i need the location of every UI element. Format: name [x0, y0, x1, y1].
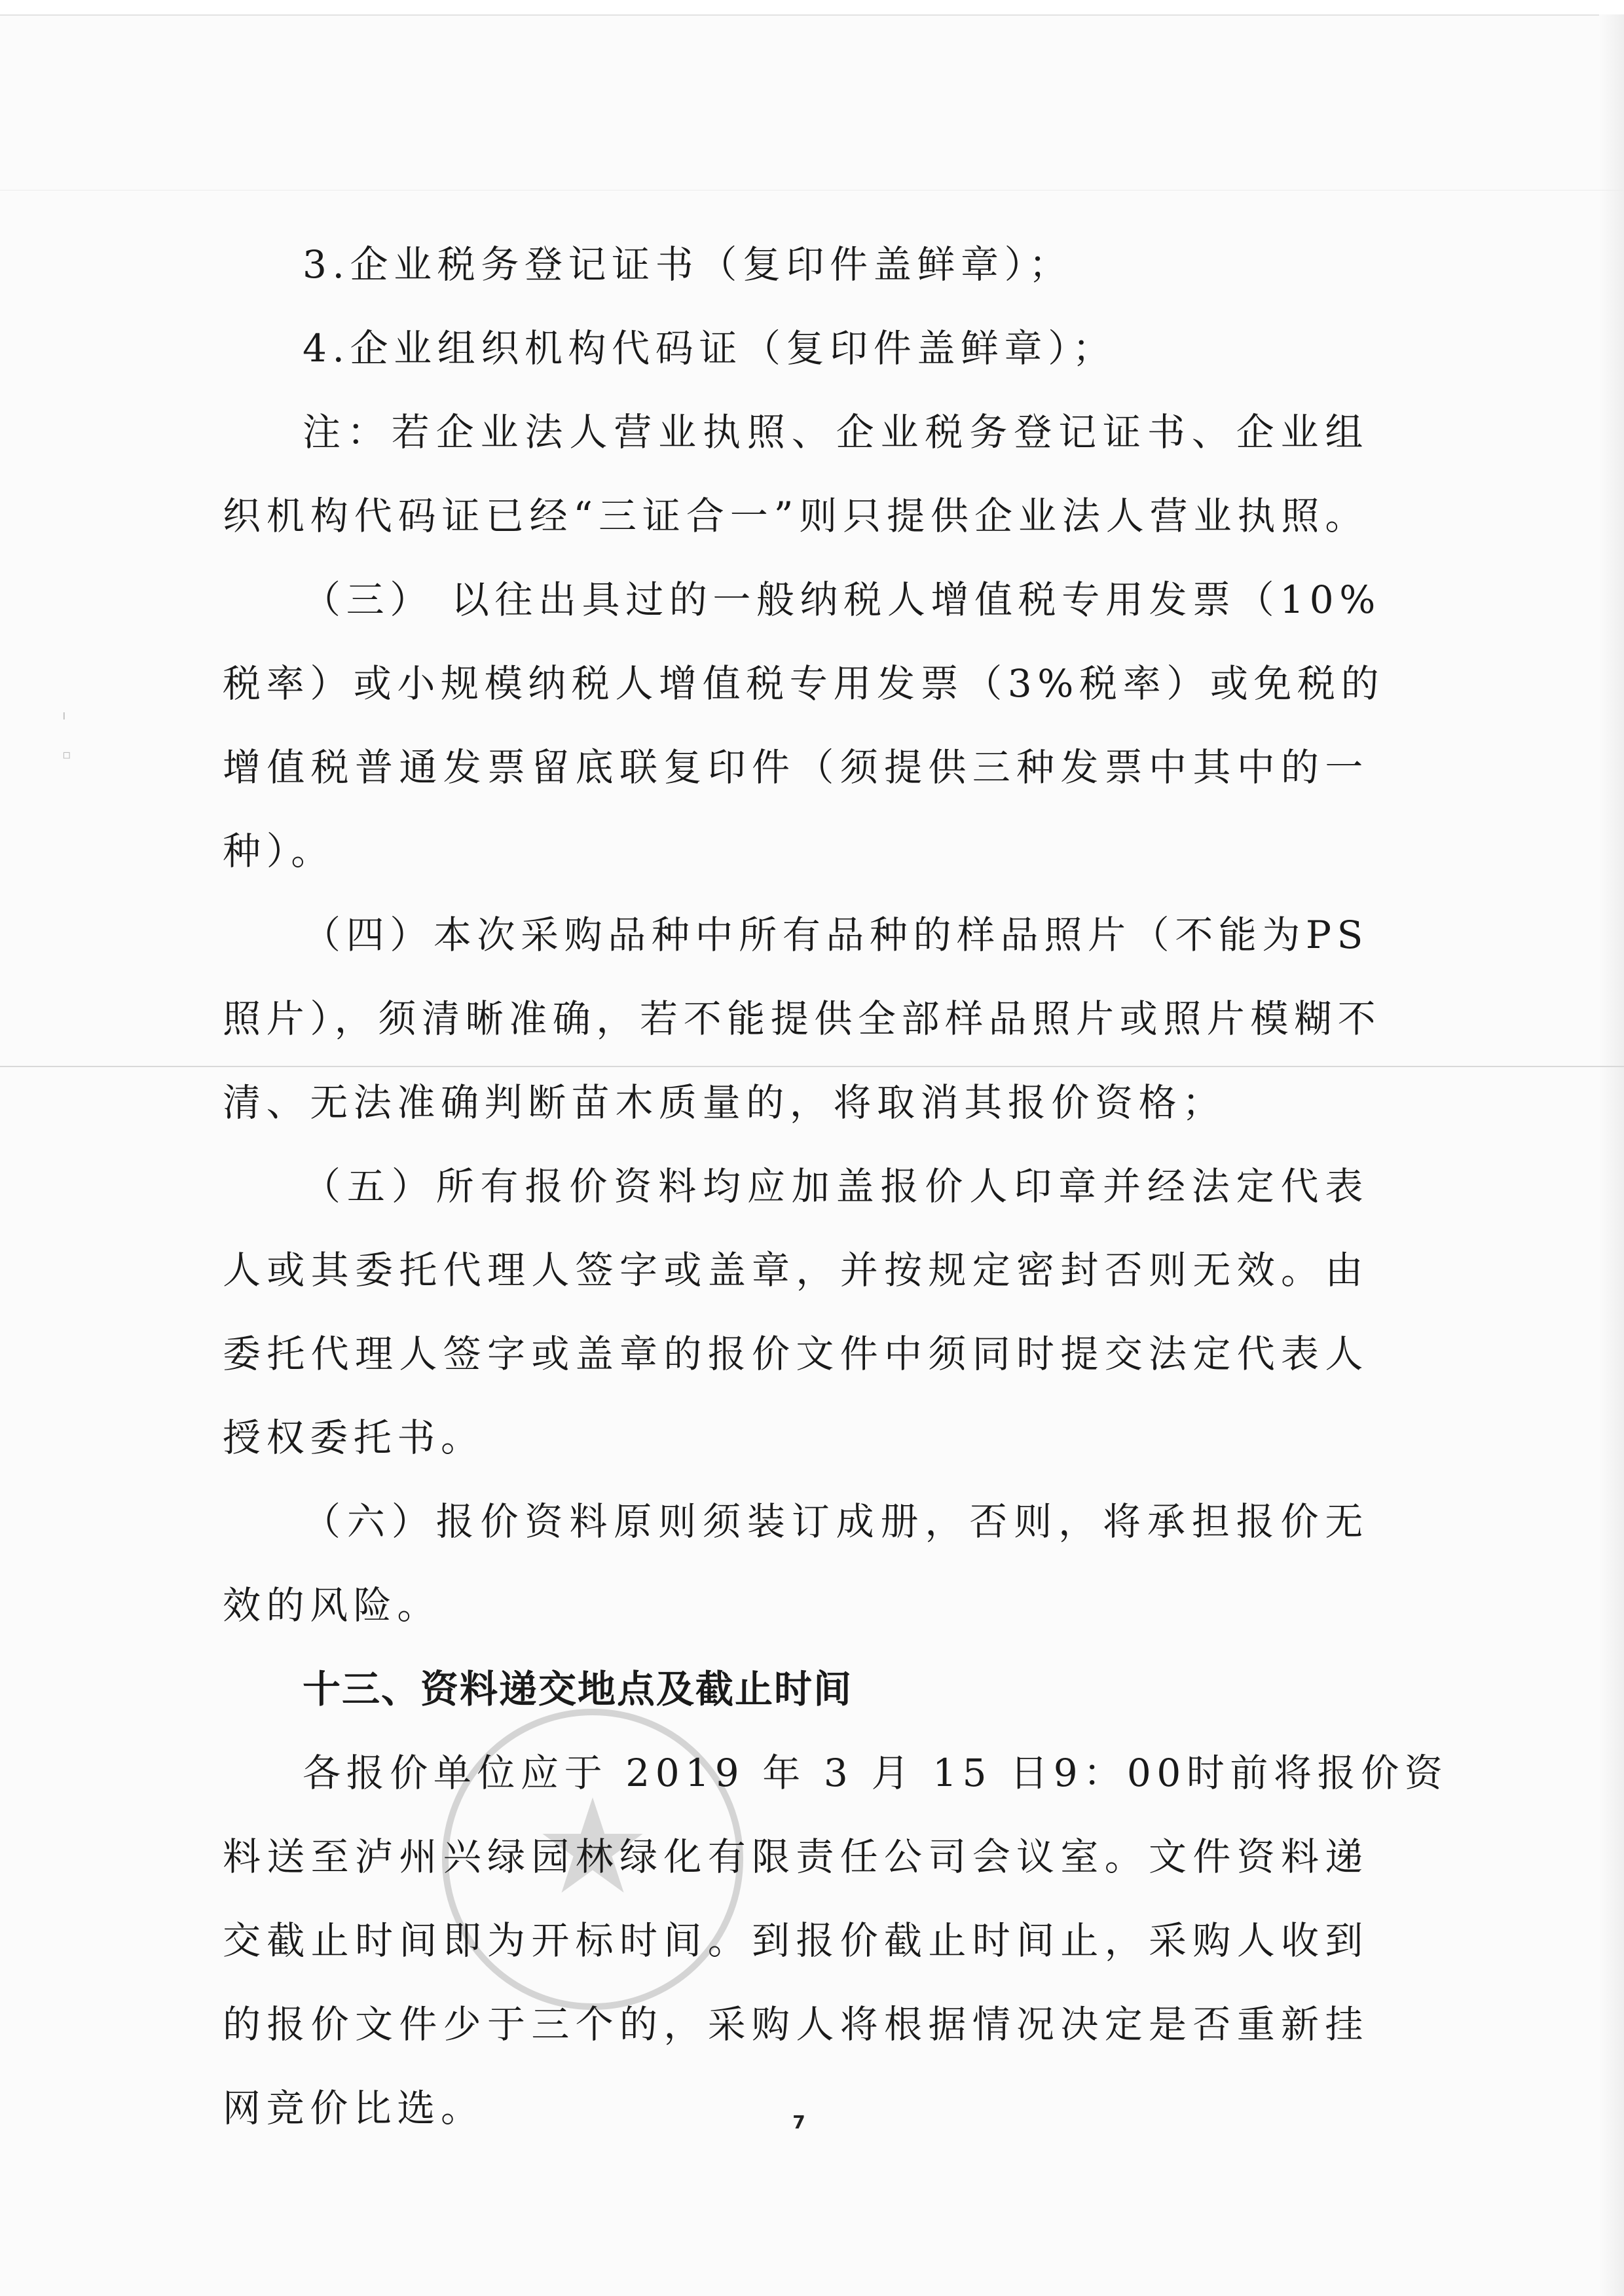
margin-mark: ▫	[62, 746, 71, 762]
scan-page-right-shadow	[1599, 14, 1624, 2296]
section-6-line-2: 效的风险。	[223, 1563, 1369, 1647]
deadline-line-4: 的报价文件少于三个的，采购人将根据情况决定是否重新挂	[223, 1982, 1369, 2066]
scan-page-top-edge	[0, 0, 1624, 16]
section-3-line-4: 种）。	[223, 809, 1369, 893]
list-item-org-code-certificate: 4.企业组织机构代码证（复印件盖鲜章）；	[223, 306, 1369, 390]
deadline-line-3: 交截止时间即为开标时间。到报价截止时间止，采购人收到	[223, 1899, 1369, 1982]
scan-artifact-line	[0, 190, 1624, 191]
deadline-line-2: 料送至泸州兴绿园林绿化有限责任公司会议室。文件资料递	[223, 1815, 1369, 1899]
section-3-line-1: （三） 以往出具过的一般纳税人增值税专用发票（10%	[223, 558, 1369, 642]
section-heading-13: 十三、资料递交地点及截止时间	[223, 1647, 1369, 1731]
section-5-line-4: 授权委托书。	[223, 1396, 1369, 1480]
margin-mark: ı	[62, 707, 66, 723]
note-line-2: 织机构代码证已经“三证合一”则只提供企业法人营业执照。	[223, 474, 1369, 558]
section-5-line-1: （五）所有报价资料均应加盖报价人印章并经法定代表	[223, 1144, 1369, 1228]
section-4-line-3: 清、无法准确判断苗木质量的，将取消其报价资格；	[223, 1061, 1369, 1144]
section-4-line-2: 照片），须清晰准确，若不能提供全部样品照片或照片模糊不	[223, 977, 1369, 1061]
section-5-line-2: 人或其委托代理人签字或盖章，并按规定密封否则无效。由	[223, 1228, 1369, 1312]
section-6-line-1: （六）报价资料原则须装订成册，否则，将承担报价无	[223, 1480, 1369, 1563]
deadline-line-1: 各报价单位应于 2019 年 3 月 15 日9：00时前将报价资	[223, 1731, 1369, 1815]
page-number: 7	[786, 2111, 812, 2133]
note-line-1: 注：若企业法人营业执照、企业税务登记证书、企业组	[223, 390, 1369, 474]
section-4-line-1: （四）本次采购品种中所有品种的样品照片（不能为PS	[223, 893, 1369, 977]
list-item-tax-certificate: 3.企业税务登记证书（复印件盖鲜章）；	[223, 223, 1369, 306]
section-3-line-3: 增值税普通发票留底联复印件（须提供三种发票中其中的一	[223, 725, 1369, 809]
deadline-line-5: 网竞价比选。	[223, 2066, 1369, 2150]
section-5-line-3: 委托代理人签字或盖章的报价文件中须同时提交法定代表人	[223, 1312, 1369, 1396]
section-3-line-2: 税率）或小规模纳税人增值税专用发票（3%税率）或免税的	[223, 642, 1369, 725]
